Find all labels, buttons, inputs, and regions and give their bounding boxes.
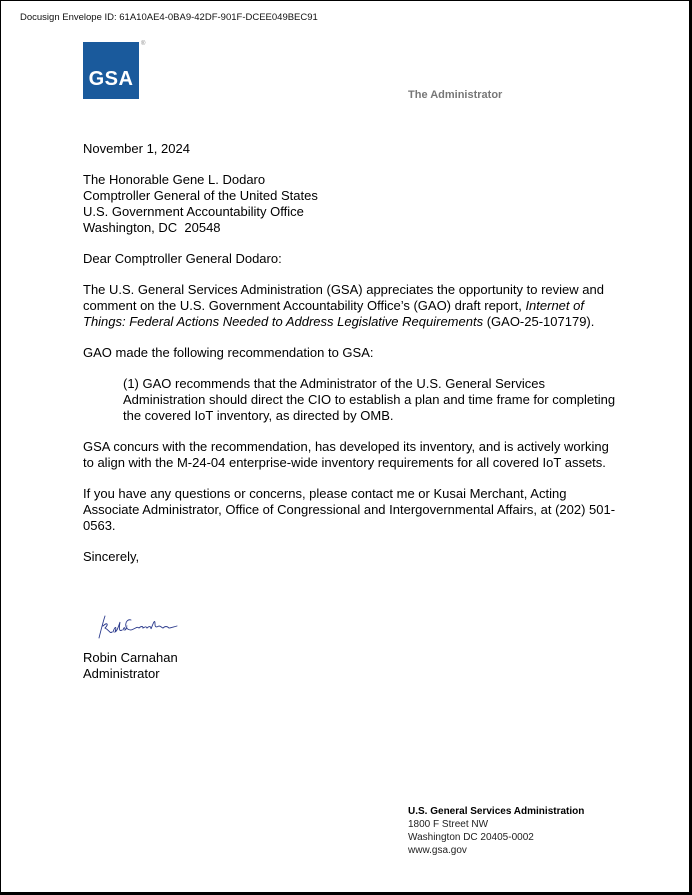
- letter-body: November 1, 2024 The Honorable Gene L. D…: [83, 141, 623, 581]
- paragraph-contact: If you have any questions or concerns, p…: [83, 486, 623, 533]
- recipient-line: Comptroller General of the United States: [83, 188, 318, 203]
- signer-title: Administrator: [83, 666, 178, 682]
- letter-page: Docusign Envelope ID: 61A10AE4-0BA9-42DF…: [0, 0, 692, 895]
- registered-mark: ®: [141, 41, 145, 47]
- salutation: Dear Comptroller General Dodaro:: [83, 251, 623, 267]
- recommendation-item: (1) GAO recommends that the Administrato…: [123, 376, 623, 423]
- gsa-logo-text: GSA: [83, 68, 139, 91]
- recipient-line: The Honorable Gene L. Dodaro: [83, 172, 265, 187]
- footer-website: www.gsa.gov: [408, 844, 584, 857]
- signer-name: Robin Carnahan: [83, 650, 178, 666]
- handwritten-signature: [93, 612, 185, 642]
- docusign-envelope-id: Docusign Envelope ID: 61A10AE4-0BA9-42DF…: [20, 12, 318, 23]
- recipient-line: Washington, DC 20548: [83, 220, 221, 235]
- gsa-logo: GSA: [83, 42, 139, 99]
- footer-city: Washington DC 20405-0002: [408, 831, 584, 844]
- closing: Sincerely,: [83, 549, 623, 565]
- footer-org: U.S. General Services Administration: [408, 805, 584, 818]
- footer-address: U.S. General Services Administration 180…: [408, 805, 584, 857]
- signer-block: Robin Carnahan Administrator: [83, 650, 178, 681]
- paragraph-concurrence: GSA concurs with the recommendation, has…: [83, 439, 623, 470]
- recipient-address: The Honorable Gene L. Dodaro Comptroller…: [83, 172, 623, 235]
- paragraph-recommendation-intro: GAO made the following recommendation to…: [83, 345, 623, 361]
- recipient-line: U.S. Government Accountability Office: [83, 204, 304, 219]
- footer-street: 1800 F Street NW: [408, 818, 584, 831]
- paragraph-intro: The U.S. General Services Administration…: [83, 282, 623, 329]
- office-title: The Administrator: [408, 89, 502, 101]
- report-number: (GAO-25-107179).: [483, 314, 594, 329]
- letter-date: November 1, 2024: [83, 141, 623, 157]
